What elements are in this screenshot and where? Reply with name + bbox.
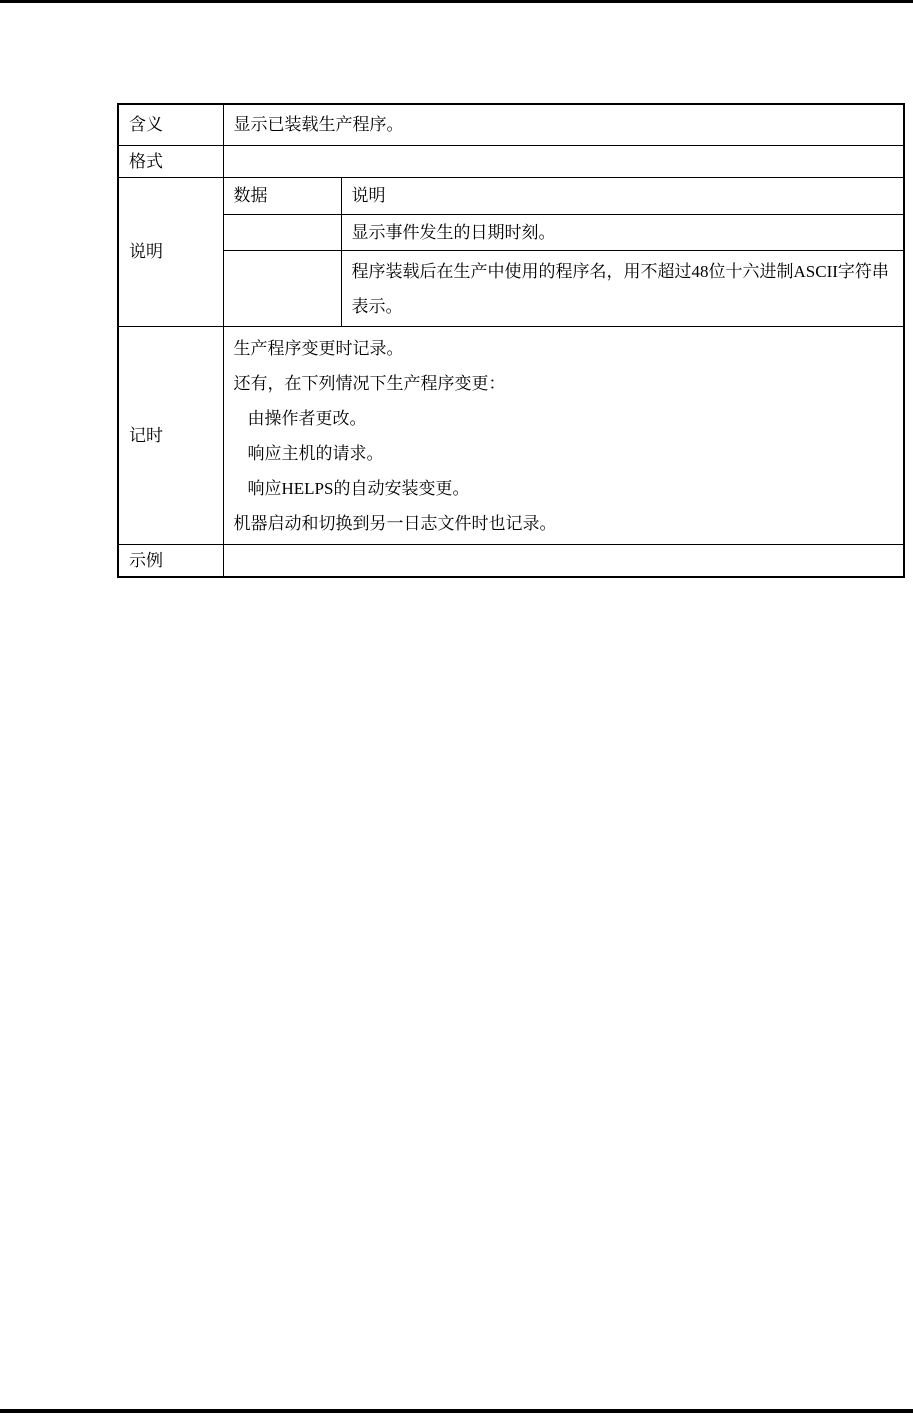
format-label: 格式 xyxy=(118,146,223,178)
spec-table: 含义 显示已装载生产程序。 格式 说明 数据 说明 显示事件发生的日期时刻。 程… xyxy=(117,103,905,578)
page-top-edge xyxy=(0,0,913,3)
timing-paragraph: 由操作者更改。 xyxy=(234,401,896,436)
timing-label: 记时 xyxy=(118,327,223,545)
timing-paragraph: 机器启动和切换到另一日志文件时也记录。 xyxy=(234,506,896,541)
example-row: 示例 xyxy=(118,545,904,578)
format-row: 格式 xyxy=(118,146,904,178)
timing-paragraph: 还有，在下列情况下生产程序变更： xyxy=(234,366,896,401)
description-column-header: 说明 xyxy=(341,178,904,215)
description-header-row: 说明 数据 说明 xyxy=(118,178,904,215)
description-label: 说明 xyxy=(118,178,223,327)
description-entry-row: 程序装载后在生产中使用的程序名，用不超过48位十六进制ASCII字符串表示。 xyxy=(118,251,904,327)
meaning-value: 显示已装载生产程序。 xyxy=(223,104,904,146)
meaning-row: 含义 显示已装载生产程序。 xyxy=(118,104,904,146)
entry-desc-cell: 程序装载后在生产中使用的程序名，用不超过48位十六进制ASCII字符串表示。 xyxy=(341,251,904,327)
description-entry-row: 显示事件发生的日期时刻。 xyxy=(118,215,904,251)
timing-paragraph: 响应HELPS的自动安装变更。 xyxy=(234,471,896,506)
entry-desc-cell: 显示事件发生的日期时刻。 xyxy=(341,215,904,251)
entry-data-cell xyxy=(223,215,341,251)
timing-paragraph: 生产程序变更时记录。 xyxy=(234,331,896,366)
data-column-header: 数据 xyxy=(223,178,341,215)
timing-value: 生产程序变更时记录。 还有，在下列情况下生产程序变更： 由操作者更改。 响应主机… xyxy=(223,327,904,545)
timing-row: 记时 生产程序变更时记录。 还有，在下列情况下生产程序变更： 由操作者更改。 响… xyxy=(118,327,904,545)
entry-data-cell xyxy=(223,251,341,327)
example-label: 示例 xyxy=(118,545,223,578)
example-value xyxy=(223,545,904,578)
format-value xyxy=(223,146,904,178)
page-bottom-edge xyxy=(0,1409,913,1413)
meaning-label: 含义 xyxy=(118,104,223,146)
document-page: 含义 显示已装载生产程序。 格式 说明 数据 说明 显示事件发生的日期时刻。 程… xyxy=(0,0,913,1417)
timing-paragraph: 响应主机的请求。 xyxy=(234,436,896,471)
